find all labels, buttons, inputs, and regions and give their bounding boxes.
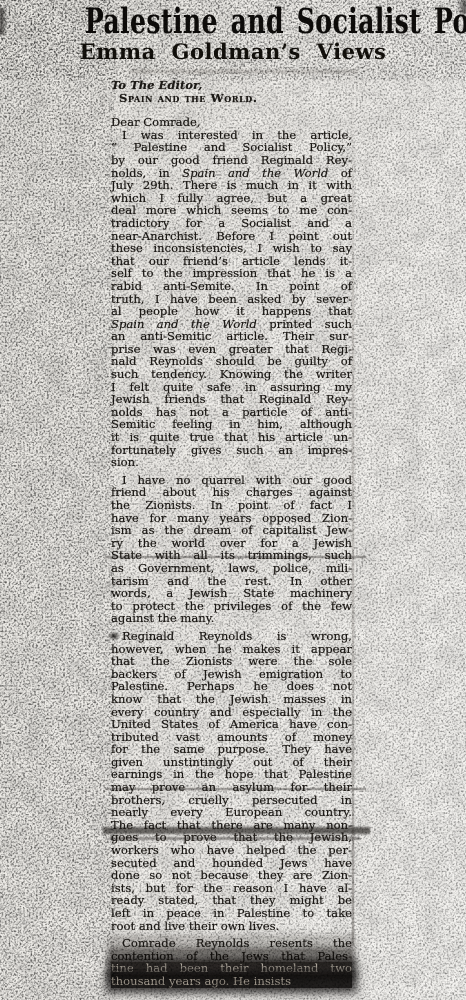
para-zionism: I have no quarrel with our goodfriend ab… [111,474,352,625]
para-homeland: Comrade Reynolds resents thecontention o… [111,937,352,987]
text-segment: root and live their own lives. [111,919,279,933]
text-line: root and live their own lives. [111,920,352,933]
text-segment: fortunately gives such an impres- [111,443,352,457]
text-segment: against the many. [111,611,214,625]
address: To The Editor,Spain and the World. [111,79,352,104]
text-segment: Spain and the World. [119,91,257,105]
article-headline: Palestine and Socialist Policy [0,1,466,42]
masthead: Palestine and Socialist Policy Emma Gold… [0,0,466,64]
para-emigration: Reginald Reynolds is wrong,however, when… [111,630,352,932]
headline-text: Palestine and Socialist Policy [85,1,466,42]
newspaper-clipping-scan: { "masthead": { "headline": "Palestine a… [0,0,466,1000]
text-line: thousand years ago. He insists [111,975,352,988]
text-segment: sion. [111,455,139,469]
subtitle-underline-smudge [130,70,358,73]
text-line: sion. [111,456,352,469]
text-segment: thousand years ago. He insists [111,974,291,988]
text-line: against the many. [111,612,352,625]
paper-fold-line [352,88,354,946]
text-line: Spain and the World. [111,92,352,105]
article-subtitle: Emma Goldman’s Views [0,39,466,64]
article-column: To The Editor,Spain and the World.Dear C… [111,79,352,988]
text-line: fortunately gives such an impres- [111,444,352,457]
para-intro: I was interested in the article,“ Palest… [111,129,352,469]
